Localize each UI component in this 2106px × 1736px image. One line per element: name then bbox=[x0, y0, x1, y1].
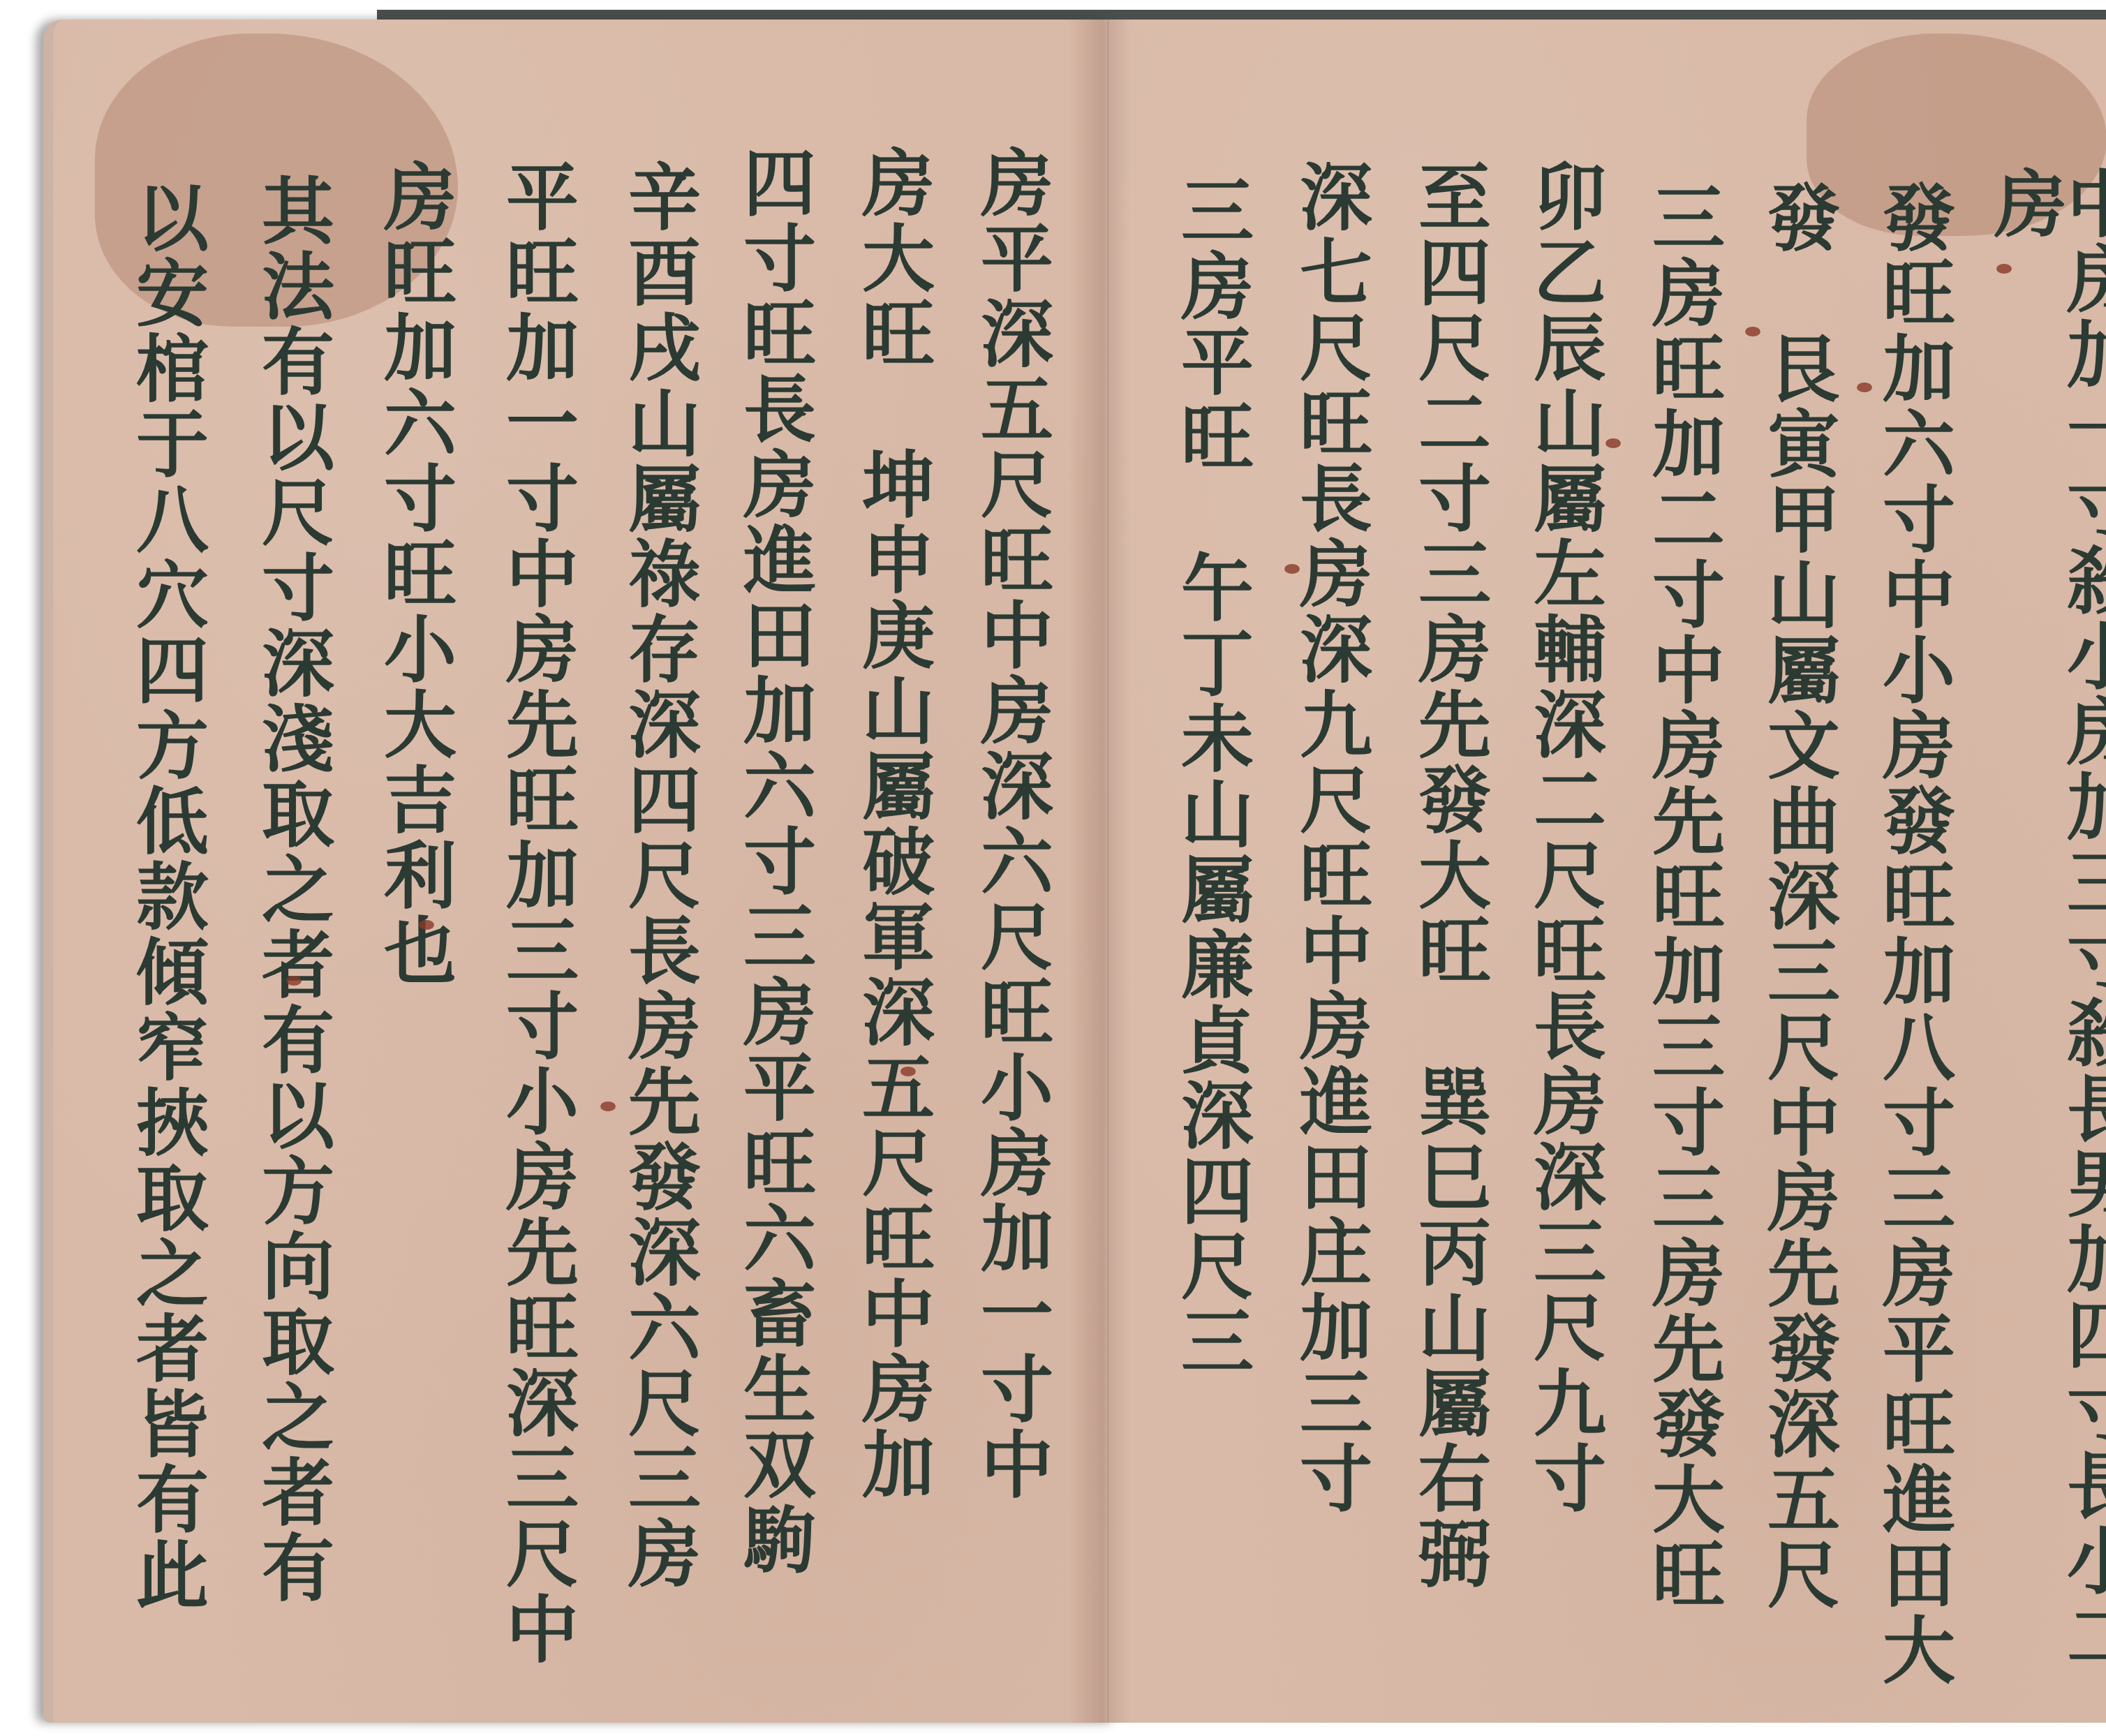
text-column: 房大旺 坤申庚山屬破軍深五尺旺中房加 bbox=[856, 145, 928, 1502]
text-column: 發旺加六寸中小房發旺加八寸三房平旺進田大 bbox=[1876, 180, 1949, 1688]
right-page: 中房加一寸殺小房加三寸殺長男加四寸長小二房 發旺加六寸中小房發旺加八寸三房平旺進… bbox=[1108, 20, 2106, 1723]
red-punctuation-mark bbox=[1284, 564, 1300, 574]
book-gutter bbox=[1068, 20, 1131, 1723]
red-punctuation-mark bbox=[1996, 264, 2012, 274]
text-column: 三房平旺 午丁未山屬廉貞深四尺三 bbox=[1175, 173, 1247, 1379]
red-punctuation-mark bbox=[1857, 383, 1872, 392]
text-column: 其法有以尺寸深淺取之者有以方向取之者有 bbox=[255, 173, 328, 1605]
left-page: 房平深五尺旺中房深六尺旺小房加一寸中 房大旺 坤申庚山屬破軍深五尺旺中房加 四寸… bbox=[43, 20, 1118, 1723]
text-column: 辛酉戌山屬祿存深四尺長房先發深六尺三房 bbox=[622, 159, 695, 1592]
text-column: 發 艮寅甲山屬文曲深三尺中房先發深五尺 bbox=[1761, 180, 1834, 1612]
text-column: 中房加一寸殺小房加三寸殺長男加四寸長小二房 bbox=[1988, 166, 2106, 1723]
text-column: 三房旺加二寸中房先旺加三寸三房先發大旺 bbox=[1646, 180, 1719, 1612]
text-column: 以安棺于八穴四方低款傾窄挾取之者皆有此 bbox=[130, 180, 202, 1612]
red-punctuation-mark bbox=[419, 920, 434, 930]
open-book: 房平深五尺旺中房深六尺旺小房加一寸中 房大旺 坤申庚山屬破軍深五尺旺中房加 四寸… bbox=[28, 20, 2106, 1736]
red-punctuation-mark bbox=[286, 976, 302, 986]
text-column: 房平深五尺旺中房深六尺旺小房加一寸中 bbox=[974, 145, 1047, 1502]
red-punctuation-mark bbox=[1745, 327, 1760, 336]
text-column: 深七尺旺長房深九尺旺中房進田庄加三寸 bbox=[1293, 159, 1366, 1516]
red-punctuation-mark bbox=[900, 1067, 916, 1076]
text-column: 四寸旺長房進田加六寸三房平旺六畜生双駒 bbox=[737, 145, 810, 1578]
red-punctuation-mark bbox=[600, 1101, 616, 1111]
text-column: 至四尺二寸三房先發大旺 巽巳丙山屬右弼 bbox=[1412, 159, 1485, 1592]
red-punctuation-mark bbox=[1606, 438, 1621, 448]
text-column: 平旺加一寸中房先旺加三寸小房先旺深三尺中 bbox=[500, 159, 572, 1667]
text-column: 卯乙辰山屬左輔深二尺旺長房深三尺九寸 bbox=[1527, 159, 1600, 1516]
text-column: 房旺加六寸旺小大吉利也 bbox=[378, 159, 450, 988]
